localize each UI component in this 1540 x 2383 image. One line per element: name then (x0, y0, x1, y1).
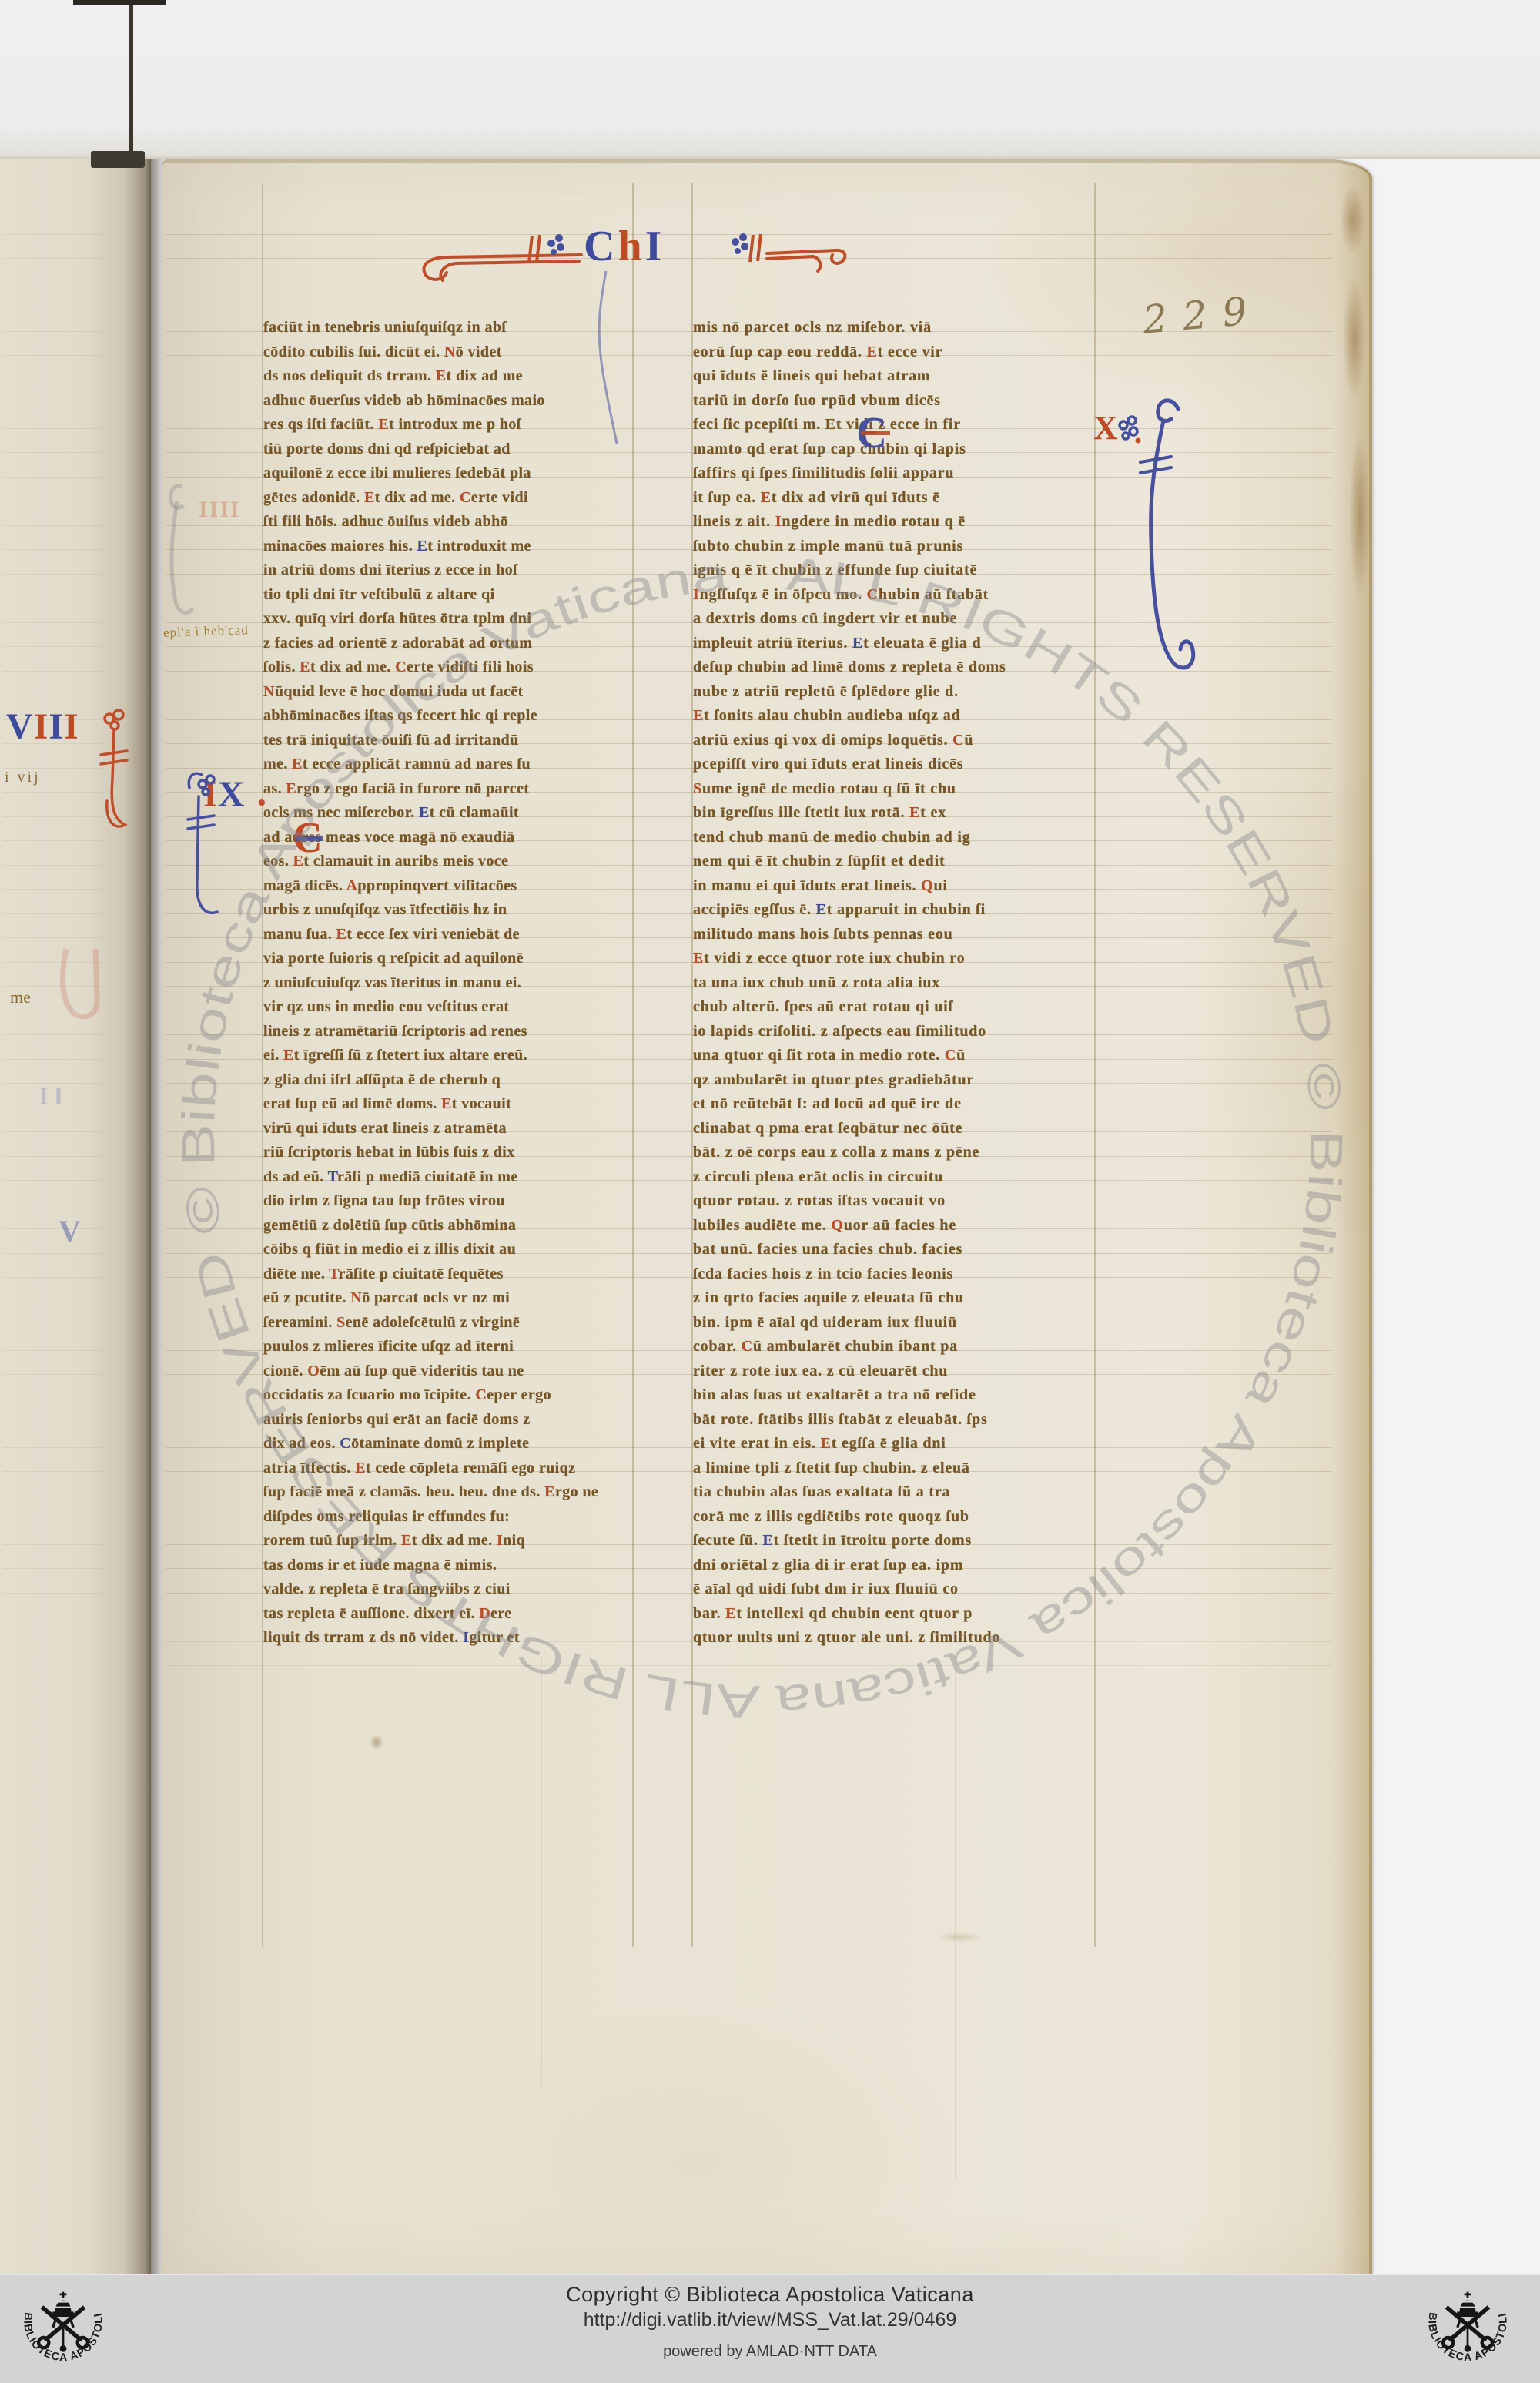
manuscript-text-line: tas repleta ē auſſione. dixert eī. Dere (263, 1602, 631, 1627)
header-letter: I (645, 222, 665, 271)
manuscript-text-line: z circuli plena erāt oclis in circuitu (693, 1165, 1093, 1190)
chapter-numeral-letter: I (34, 706, 49, 747)
manuscript-text-line: deſup chubin ad limē doms z repleta ē do… (693, 655, 1093, 680)
ink-spot (370, 1734, 383, 1750)
manuscript-text-line: dio irlm z ſigna tau ſup frōtes virou (263, 1189, 631, 1214)
manuscript-text-line: dix ad eos. Cōtaminate domū z implete (263, 1432, 631, 1456)
initial-decoration-bar (861, 431, 890, 435)
manuscript-text-line: bāt. z oē corps eau z colla z mans z pēn… (693, 1141, 1093, 1165)
manuscript-text-line: in atriū doms dni īterius z ecce in hoſ (263, 558, 631, 583)
manuscript-text-line: in manu ei qui īduts erat lineis. Qui (693, 874, 1093, 899)
manuscript-text-line: ignis q ē īt chubin z effunde ſup ciuita… (693, 558, 1093, 583)
margin-chapter-viii: VIII (6, 706, 79, 748)
manuscript-text-line: lubiles audiēte me. Quor aū facies he (693, 1214, 1093, 1238)
manuscript-text-line: ſereamini. Senē adoleſcētulū z virginē (263, 1311, 631, 1336)
manuscript-text-line: qtuor rotau. z rotas iſtas vocauit vo (693, 1189, 1093, 1214)
manuscript-text-line: a limine tpli z ſtetit ſup chubin. z ele… (693, 1456, 1093, 1481)
page-edge-stain (1343, 277, 1366, 401)
manuscript-text-line: tas doms ir et iude magna ē nimis. (263, 1553, 631, 1578)
manuscript-text-line: rorem tuū ſup irlm. Et dix ad me. Iniq (263, 1529, 631, 1553)
manuscript-text-line: eorū ſup cap eou reddā. Et ecce vir (693, 340, 1093, 365)
manuscript-text-line: bāt rote. ſtātibs illis ſtabāt z eleuabā… (693, 1408, 1093, 1433)
manuscript-text-line: via porte ſuioris q reſpicit ad aquilonē (263, 947, 631, 971)
margin-chapter-ix: IX (203, 773, 244, 816)
manuscript-text-line: lineis z atramētariū ſcriptoris ad renes (263, 1020, 631, 1044)
manuscript-text-line: nem qui ē īt chubin z ſūpſit et dedit (693, 850, 1093, 874)
manuscript-text-line: manu ſua. Et ecce ſex viri veniebāt de (263, 923, 631, 947)
manuscript-text-line: corā me z illis egdiētibs rote quoqz ſub (693, 1505, 1093, 1530)
manuscript-text-line: ſubto chubin z imple manū tuā prunis (693, 535, 1093, 559)
manuscript-text-line: occidatis za ſcuario mo īcipite. Ceper e… (263, 1383, 631, 1408)
footer-powered-by: powered by AMLAD·NTT DATA (0, 2343, 1540, 2361)
manuscript-text-line: Ingſſuſqz ē in ōſpcu mo. Chubin aū ſtabā… (693, 583, 1093, 608)
manuscript-text-line: ē aīal qd uidi ſubt dm ir iux fluuiū co (693, 1577, 1093, 1602)
manuscript-text-line: atria ītfectis. Et cede cōpleta remāſi e… (263, 1456, 631, 1481)
manuscript-text-line: puulos z mlieres īficite uſqz ad īterni (263, 1335, 631, 1359)
margin-chapter-x: X (1093, 408, 1118, 447)
cover-sheet-edge-line (129, 0, 133, 162)
manuscript-text-line: diēte me. Trāſite p ciuitatē ſequētes (263, 1262, 631, 1287)
manuscript-text-line: chub alterū. ſpes aū erat rotau qi uiſ (693, 995, 1093, 1020)
digitized-manuscript-viewer-page: ChI 229 faciūt in tenebris uniuſquiſqz i… (0, 0, 1540, 2383)
footer-copyright-bar: Copyright © Biblioteca Apostolica Vatica… (0, 2274, 1540, 2383)
chapter-numeral-letter: I (203, 774, 218, 815)
manuscript-text-line: tia chubin alas ſuas exaltata ſū a tra (693, 1480, 1093, 1505)
manuscript-text-line: ds nos deliquit ds trram. Et dix ad me (263, 364, 631, 389)
manuscript-text-line: ſaffirs qi ſpes ſimilitudis ſolii apparu (693, 461, 1093, 486)
manuscript-text-line: bat unū. facies una facies chub. facies (693, 1238, 1093, 1262)
illuminated-initial-right: Є (856, 407, 886, 458)
manuscript-text-line: tariū in dorſo ſuo rpūd vbum dicēs (693, 389, 1093, 414)
manuscript-text-line: virū qui īduts erat lineis z atramēta (263, 1117, 631, 1141)
manuscript-text-line: et nō reūtebāt ſ: ad locū ad quē ire de (693, 1092, 1093, 1117)
manuscript-text-line: mis nō parcet ocls nz miſebor. viā (693, 316, 1093, 340)
manuscript-text-line: res qs iſti faciūt. Et introdux me p hoſ (263, 413, 631, 437)
manuscript-text-line: auiris ſeniorbs qui erāt an faciē doms z (263, 1408, 631, 1433)
header-letter: C (584, 222, 618, 271)
footer-url: http://digi.vatlib.it/view/MSS_Vat.lat.2… (0, 2309, 1540, 2331)
manuscript-text-line: z uniuſcuiuſqz vas īteritus in manu ei. (263, 971, 631, 996)
manuscript-text-line: erat ſup eū ad limē doms. Et vocauit (263, 1092, 631, 1117)
initial-decoration-bar (296, 836, 323, 841)
edge-note-me: me (10, 987, 31, 1007)
page-edge-stain (1349, 431, 1371, 601)
manuscript-text-line: qz ambularēt in qtuor ptes gradiebātur (693, 1068, 1093, 1093)
manuscript-text-line: clinabat q pma erat ſeqbātur nec ōūte (693, 1117, 1093, 1141)
manuscript-text-line: pcepiſſt viro qui īduts erat lineis dicē… (693, 752, 1093, 777)
manuscript-text-line: qui īduts ē lineis qui hebat atram (693, 364, 1093, 389)
manuscript-text-line: feci ſic pcepiſti m. Et vidi z ecce in f… (693, 413, 1093, 437)
manuscript-text-line: magā dicēs. Appropinqvert viſitacōes (263, 874, 631, 899)
manuscript-text-line: qtuor uults uni z qtuor ale uni. z ſimil… (693, 1626, 1093, 1651)
edge-note-v-bleedthrough: V (59, 1213, 81, 1249)
manuscript-text-line: ſup faciē meā z clamās. heu. heu. dne ds… (263, 1480, 631, 1505)
manuscript-text-line: liquit ds trram z ds nō videt. Igitur et (263, 1626, 631, 1651)
illuminated-initial-left: Є (293, 813, 322, 863)
manuscript-text-line: cōibs q fiūt in medio ei z illis dixit a… (263, 1238, 631, 1262)
manuscript-text-line: it ſup ea. Et dix ad virū qui īduts ē (693, 486, 1093, 511)
manuscript-text-line: Nūquid leve ē hoc domui iuda ut facēt (263, 680, 631, 705)
chapter-numeral-letter: X (218, 774, 245, 815)
chapter-numeral-letter: I (49, 706, 64, 747)
page-edge-stain (1340, 185, 1366, 254)
running-header-title: ChI (584, 222, 665, 271)
manuscript-text-line: abhōminacōes iſtas qs fecert hic qi repl… (263, 704, 631, 729)
manuscript-text-line: riter z rote iux ea. z cū eleuarēt chu (693, 1359, 1093, 1384)
manuscript-text-line: tes trā iniquitate ōuiſi ſū ad irritandū (263, 729, 631, 753)
manuscript-text-line: tio tpli dni ītr veſtibulū z altare qi (263, 583, 631, 608)
manuscript-text-line: bar. Et intellexi qd chubin eent qtuor p (693, 1602, 1093, 1627)
manuscript-text-line: mamto qd erat ſup cap chubin qi lapis (693, 437, 1093, 462)
margin-subnote: i vij (5, 769, 41, 786)
manuscript-text-line: valde. z repleta ē tra ſangviibs z ciui (263, 1577, 631, 1602)
manuscript-text-line: gemētiū z dolētiū ſup cūtis abhōmina (263, 1214, 631, 1238)
manuscript-text-line: z in qrto facies aquile z eleuata ſū chu (693, 1286, 1093, 1311)
edge-note-ii-bleedthrough: II (38, 1082, 68, 1111)
manuscript-text-line: ei. Et īgreſſi ſū z ſtetert iux altare e… (263, 1044, 631, 1068)
chapter-numeral-letter: V (6, 706, 34, 747)
manuscript-text-line: as. Ergo z ego faciā in furore nō parcet (263, 777, 631, 802)
manuscript-text-line: vir qz uns in medio eou veſtitus erat (263, 995, 631, 1020)
manuscript-text-line: ta una iux chub unū z rota alia iux (693, 971, 1093, 996)
manuscript-text-line: gētes adonidē. Et dix ad me. Certe vidi (263, 486, 631, 511)
manuscript-text-line: lineis z ait. Ingdere in medio rotau q ē (693, 510, 1093, 535)
manuscript-text-line: faciūt in tenebris uniuſquiſqz in abſ (263, 316, 631, 340)
text-column-left: faciūt in tenebris uniuſquiſqz in abſcōd… (263, 316, 631, 1651)
parchment-stain (936, 1932, 983, 1942)
manuscript-text-line: ſecute ſū. Et ſtetit in ītroitu porte do… (693, 1529, 1093, 1553)
manuscript-text-line: ſti fili hōis. adhuc ōuiſus videb abhō (263, 510, 631, 535)
manuscript-text-line: z facies ad orientē z adorabāt ad ortum (263, 632, 631, 656)
manuscript-text-line: Sume ignē de medio rotau q ſū īt chu (693, 777, 1093, 802)
margin-gloss-note: epl'a ĩ heb'cad (163, 622, 249, 641)
manuscript-text-line: tend chub manū de medio chubin ad ig (693, 826, 1093, 850)
text-column-right: mis nō parcet ocls nz miſebor. viāeorū ſ… (693, 316, 1093, 1651)
manuscript-text-line: Et vidi z ecce qtuor rote iux chubin ro (693, 947, 1093, 971)
photo-top-edge (73, 0, 166, 5)
manuscript-text-line: riū ſcriptoris hebat in lūbis ſuis z dix (263, 1141, 631, 1165)
manuscript-text-line: xxv. quīq viri dorſa hūtes ōtra tplm dni (263, 607, 631, 632)
manuscript-text-line: aquilonē z ecce ibi mulieres ſedebāt pla (263, 461, 631, 486)
chapter-numeral-letter: I (64, 706, 79, 747)
manuscript-text-line: militudo mans hois ſubts pennas eou (693, 923, 1093, 947)
manuscript-text-line: ds ad eū. Trāſi p mediā ciuitatē in me (263, 1165, 631, 1190)
manuscript-text-line: a dextris doms cū ingdert vir et nube (693, 607, 1093, 632)
manuscript-text-line: bin. ipm ē aīal qd uideram iux fluuiū (693, 1311, 1093, 1336)
manuscript-text-line: ſolis. Et dix ad me. Certe vidiſti fili … (263, 655, 631, 680)
manuscript-text-line: bin alas ſuas ut exaltarēt a tra nō reſi… (693, 1383, 1093, 1408)
manuscript-text-line: me. Et ecce applicāt ramnū ad nares ſu (263, 752, 631, 777)
manuscript-text-line: impleuit atriū īterius. Et eleuata ē gli… (693, 632, 1093, 656)
vatican-library-seal-icon: BIBLIOTECA APOSTOLICA VATICANA (1417, 2278, 1518, 2380)
manuscript-text-line: cionē. Oēm aū ſup quē videritis tau ne (263, 1359, 631, 1384)
manuscript-text-line: adhuc ōuerſus videb ab hōminacōes maio (263, 389, 631, 414)
manuscript-text-line: accipiēs egſſus ē. Et apparuit in chubin… (693, 898, 1093, 923)
manuscript-text-line: ſcda facies hois z in tcio facies leonis (693, 1262, 1093, 1287)
manuscript-text-line: diſpdes oms reliquias ir effundes fu: (263, 1505, 631, 1530)
margin-chapter-iiii-faded: IIII (199, 497, 241, 523)
manuscript-text-line: eū z pcutite. Nō parcat ocls vr nz mi (263, 1286, 631, 1311)
manuscript-text-line: cobar. Cū ambularēt chubin ibant pa (693, 1335, 1093, 1359)
manuscript-text-line: ei vite erat in eis. Et egſſa ē glia dni (693, 1432, 1093, 1456)
manuscript-text-line: z glia dni iſrl aſſūpta ē de cherub q (263, 1068, 631, 1093)
header-letter: h (618, 222, 644, 271)
manuscript-text-line: dni oriētal z glia di ir erat ſup ea. ip… (693, 1553, 1093, 1578)
footer-copyright-line: Copyright © Biblioteca Apostolica Vatica… (0, 2283, 1540, 2307)
manuscript-text-line: bin īgreſſus ille ſtetit iux rotā. Et ex (693, 801, 1093, 826)
binding-clasp-tab (91, 151, 145, 168)
vatican-library-seal-icon: BIBLIOTECA APOSTOLICA VATICANA (12, 2278, 114, 2380)
manuscript-text-line: tiū porte doms dni qd reſpiciebat ad (263, 437, 631, 462)
manuscript-text-line: cōdito cubilis ſui. dicūt ei. Nō videt (263, 340, 631, 365)
manuscript-text-line: nube z atriū repletū ē ſplēdore glie d. (693, 680, 1093, 705)
manuscript-text-line: atriū exius qi vox di omips loquētis. Cū (693, 729, 1093, 753)
manuscript-text-line: urbis z unuſqiſqz vas ītfectiōis hz in (263, 898, 631, 923)
manuscript-text-line: minacōes maiores his. Et introduxit me (263, 535, 631, 559)
manuscript-text-line: Et ſonits alau chubin audieba uſqz ad (693, 704, 1093, 729)
white-cover-sheet (0, 0, 1540, 159)
manuscript-text-line: io lapids criſoliti. z aſpects eau ſimil… (693, 1020, 1093, 1044)
manuscript-text-line: una qtuor qi ſit rota in medio rote. Cū (693, 1044, 1093, 1068)
